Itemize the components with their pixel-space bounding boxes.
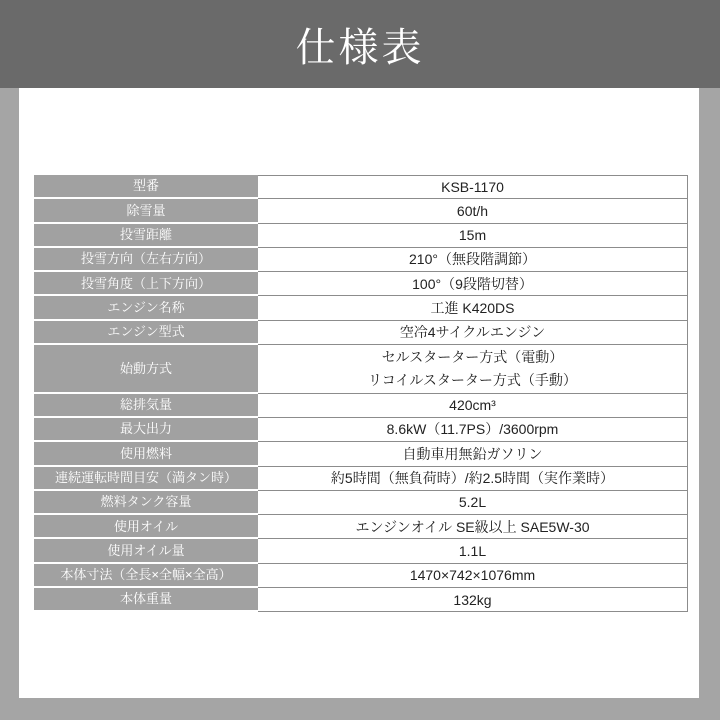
spec-table: 型番 KSB-1170 除雪量 60t/h 投雪距離 15m 投雪方向（左右方向… <box>34 175 688 612</box>
spec-table-row: 総排気量 420cm³ <box>34 394 688 418</box>
spec-row-value: KSB-1170 <box>258 175 688 199</box>
spec-row-value: 1470×742×1076mm <box>258 564 688 588</box>
spec-table-row: 投雪角度（上下方向） 100°（9段階切替） <box>34 272 688 296</box>
spec-row-label: 最大出力 <box>34 418 258 442</box>
spec-row-value: 60t/h <box>258 199 688 223</box>
spec-row-label: エンジン名称 <box>34 296 258 320</box>
spec-row-label: 本体重量 <box>34 588 258 612</box>
spec-row-value: 1.1L <box>258 539 688 563</box>
spec-row-value: エンジンオイル SE級以上 SAE5W-30 <box>258 515 688 539</box>
spec-row-value: 工進 K420DS <box>258 296 688 320</box>
spec-table-row: エンジン名称 工進 K420DS <box>34 296 688 320</box>
spec-row-value: 8.6kW（11.7PS）/3600rpm <box>258 418 688 442</box>
spec-row-label: 使用オイル <box>34 515 258 539</box>
spec-row-value: セルスターター方式（電動） リコイルスターター方式（手動） <box>258 345 688 394</box>
spec-row-label: 総排気量 <box>34 394 258 418</box>
spec-table-row: 本体重量 132kg <box>34 588 688 612</box>
spec-row-label: 型番 <box>34 175 258 199</box>
spec-table-row: 連続運転時間目安（満タン時） 約5時間（無負荷時）/約2.5時間（実作業時） <box>34 467 688 491</box>
spec-row-label: 始動方式 <box>34 345 258 394</box>
spec-row-value: 約5時間（無負荷時）/約2.5時間（実作業時） <box>258 467 688 491</box>
page-title: 仕様表 <box>296 16 425 73</box>
content-panel: 型番 KSB-1170 除雪量 60t/h 投雪距離 15m 投雪方向（左右方向… <box>19 88 699 698</box>
title-bar: 仕様表 <box>0 0 720 88</box>
spec-row-label: 連続運転時間目安（満タン時） <box>34 467 258 491</box>
spec-row-value: 5.2L <box>258 491 688 515</box>
spec-row-label: エンジン型式 <box>34 321 258 345</box>
spec-row-label: 使用オイル量 <box>34 539 258 563</box>
spec-table-row: 使用オイル量 1.1L <box>34 539 688 563</box>
spec-row-value: 132kg <box>258 588 688 612</box>
spec-row-value: 100°（9段階切替） <box>258 272 688 296</box>
spec-row-value: 15m <box>258 224 688 248</box>
spec-table-row: 本体寸法（全長×全幅×全高） 1470×742×1076mm <box>34 564 688 588</box>
spec-row-label: 除雪量 <box>34 199 258 223</box>
spec-table-row: 最大出力 8.6kW（11.7PS）/3600rpm <box>34 418 688 442</box>
spec-row-label: 燃料タンク容量 <box>34 491 258 515</box>
spec-row-label: 本体寸法（全長×全幅×全高） <box>34 564 258 588</box>
spec-row-value: 自動車用無鉛ガソリン <box>258 442 688 466</box>
spec-table-row: 燃料タンク容量 5.2L <box>34 491 688 515</box>
spec-row-label: 投雪距離 <box>34 224 258 248</box>
spec-table-row: 始動方式 セルスターター方式（電動） リコイルスターター方式（手動） <box>34 345 688 394</box>
spec-table-row: エンジン型式 空冷4サイクルエンジン <box>34 321 688 345</box>
spec-row-value: 空冷4サイクルエンジン <box>258 321 688 345</box>
spec-row-label: 投雪方向（左右方向） <box>34 248 258 272</box>
spec-row-value: 210°（無段階調節） <box>258 248 688 272</box>
spec-row-label: 投雪角度（上下方向） <box>34 272 258 296</box>
spec-table-row: 使用オイル エンジンオイル SE級以上 SAE5W-30 <box>34 515 688 539</box>
spec-table-row: 投雪距離 15m <box>34 224 688 248</box>
spec-table-row: 使用燃料 自動車用無鉛ガソリン <box>34 442 688 466</box>
spec-table-row: 除雪量 60t/h <box>34 199 688 223</box>
spec-table-row: 投雪方向（左右方向） 210°（無段階調節） <box>34 248 688 272</box>
spec-row-value: 420cm³ <box>258 394 688 418</box>
spec-table-row: 型番 KSB-1170 <box>34 175 688 199</box>
spec-row-label: 使用燃料 <box>34 442 258 466</box>
